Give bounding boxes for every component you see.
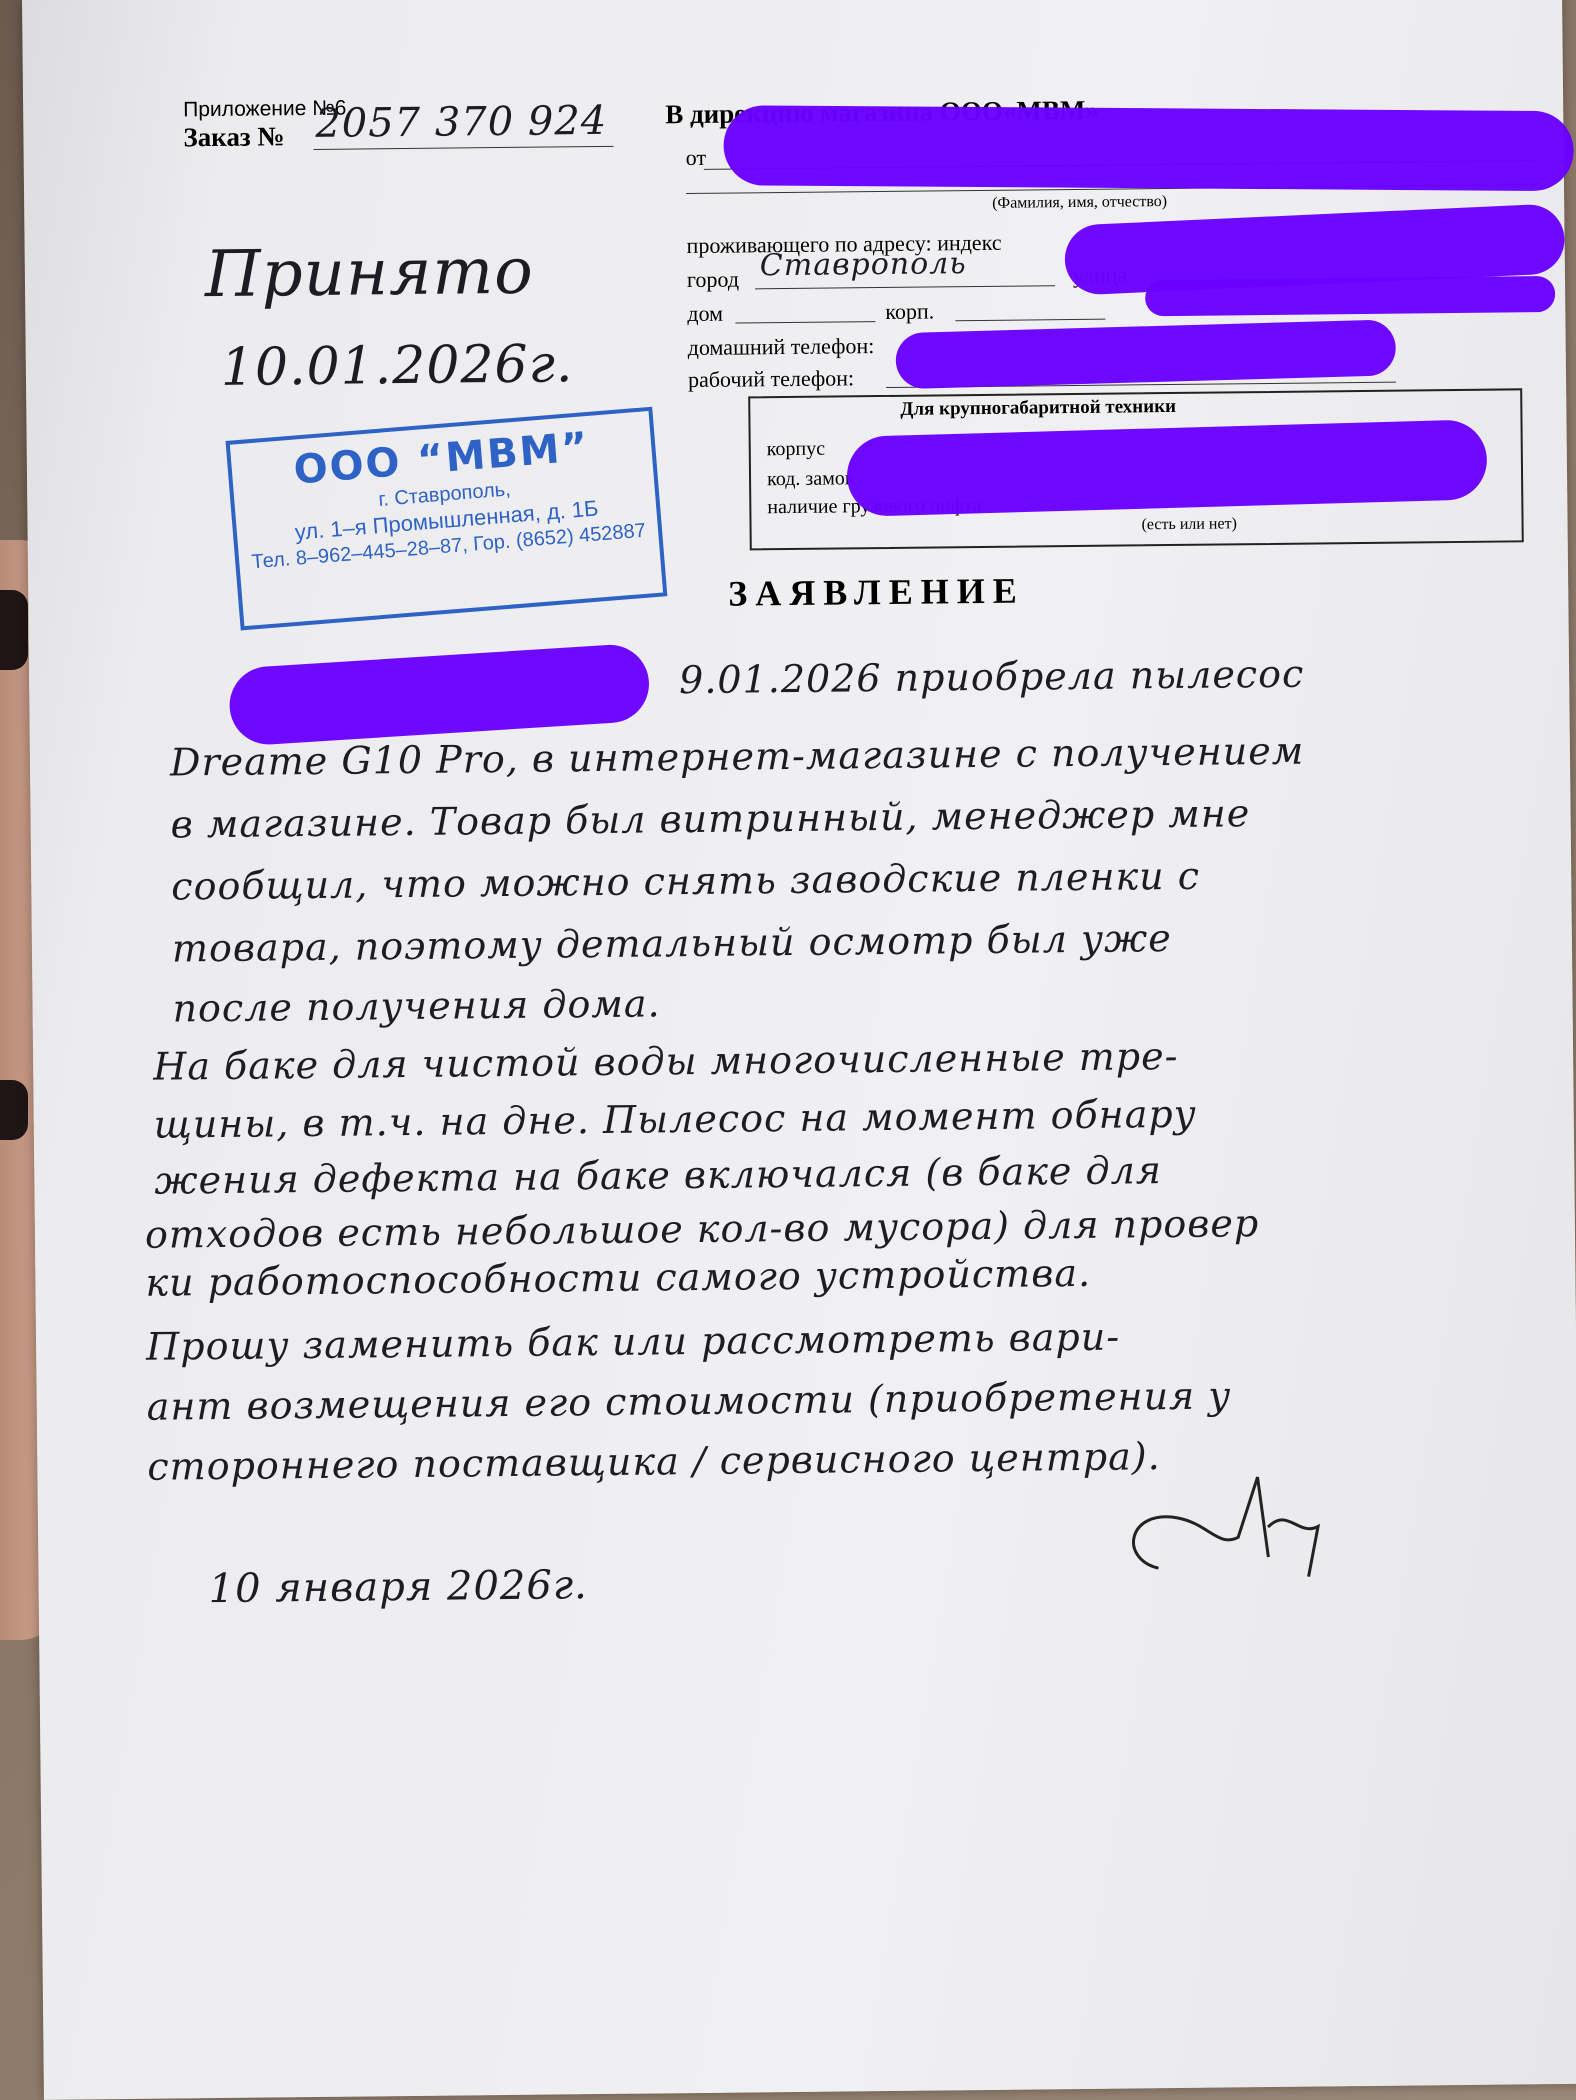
signature (1117, 1466, 1358, 1589)
statement-line: На баке для чистой воды многочисленные т… (153, 1034, 1179, 1089)
home-phone-label: домашний телефон: (688, 333, 875, 361)
freight-lift-caption: (есть или нет) (1141, 515, 1236, 534)
city-value: Ставрополь (760, 246, 967, 283)
order-label: Заказ № (183, 121, 284, 153)
fingernail (0, 1080, 28, 1140)
statement-line: сообщил, что можно снять заводские пленк… (171, 854, 1200, 909)
from-label: от (686, 145, 707, 171)
fio-caption: (Фамилия, имя, отчество) (992, 193, 1167, 213)
accepted-note: Принято (205, 235, 535, 312)
work-phone-label: рабочий телефон: (688, 365, 854, 393)
statement-line: жения дефекта на баке включался (в баке … (154, 1148, 1162, 1203)
statement-line: 9.01.2026 приобрела пылесос (679, 652, 1305, 703)
order-number: 2057 370 924 (315, 98, 607, 147)
building-label: корп. (885, 298, 934, 325)
accepted-date: 10.01.2026г. (221, 334, 574, 398)
statement-line: в магазине. Товар был витринный, менедже… (170, 791, 1250, 846)
redaction (723, 105, 1574, 191)
statement-line: стороннего поставщика / сервисного центр… (147, 1434, 1161, 1489)
statement-line: щины, в т.ч. на дне. Пылесос на момент о… (154, 1092, 1197, 1147)
fingernail (0, 590, 28, 670)
statement-line: ки работоспособности самого устройства. (145, 1251, 1091, 1305)
statement-date: 10 января 2026г. (208, 1562, 588, 1612)
statement-line: ант возмещения его стоимости (приобретен… (147, 1373, 1232, 1428)
city-label: город (687, 267, 739, 294)
statement-line: Прошу заменить бак или рассмотреть вари- (146, 1315, 1120, 1369)
statement-line: отходов есть небольшое кол-во мусора) дл… (145, 1201, 1260, 1257)
redaction (1145, 276, 1555, 316)
house-label: дом (687, 301, 723, 327)
statement-title: ЗАЯВЛЕНИЕ (728, 570, 1025, 615)
box-title: Для крупногабаритной техники (900, 396, 1176, 421)
application-document: Приложение №6 Заказ № 2057 370 924 В дир… (22, 0, 1576, 2100)
door-code-label: код. замок (767, 467, 855, 491)
entrance-label: корпус (767, 438, 826, 462)
statement-line: товара, поэтому детальный осмотр был уже (172, 916, 1172, 970)
company-stamp: ООО “МВМ” г. Ставрополь, ул. 1–я Промышл… (226, 407, 668, 631)
redaction (895, 319, 1396, 389)
statement-line: после получения дома. (172, 981, 660, 1030)
redaction (227, 643, 651, 747)
